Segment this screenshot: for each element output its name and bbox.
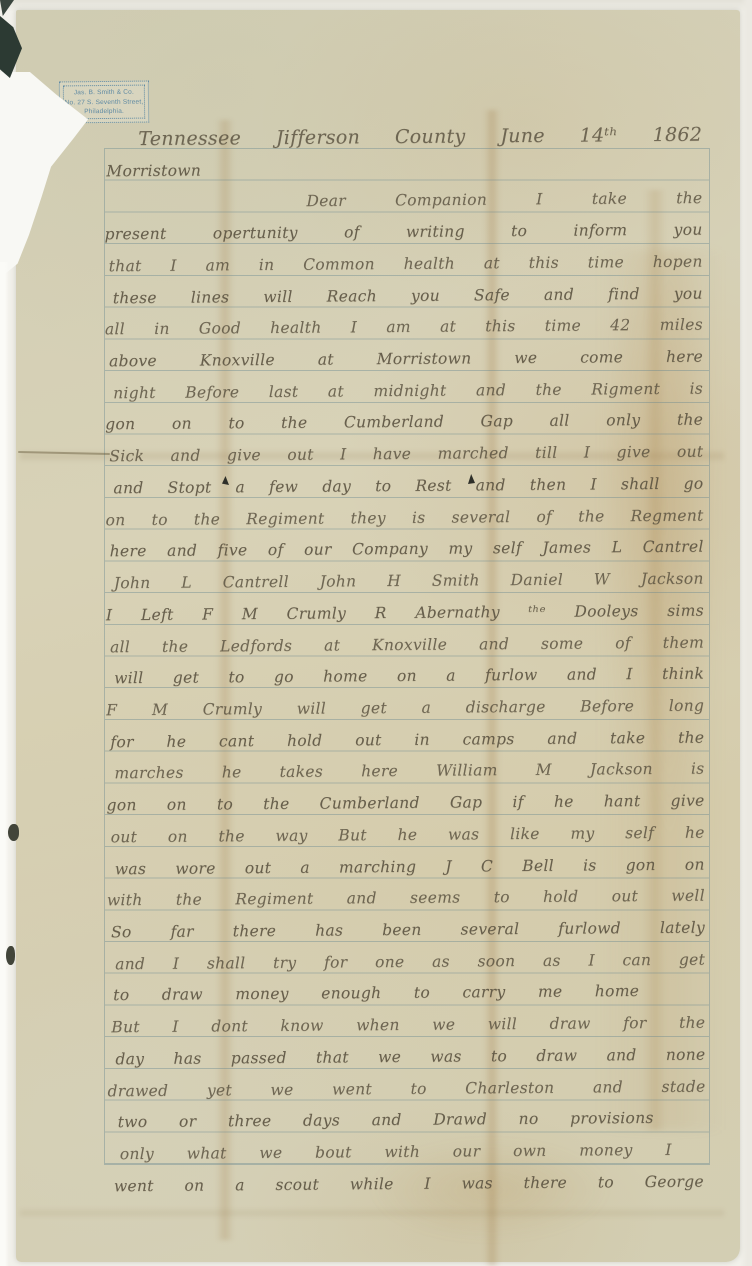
handwritten-line: Tennessee Jifferson County June 14ᵗʰ 186… xyxy=(138,121,702,153)
handwritten-line: to draw money enough to carry me home xyxy=(113,977,639,1009)
handwritten-line: drawed yet we went to Charleston and sta… xyxy=(107,1072,705,1105)
handwritten-line: all the Ledfords at Knoxville and some o… xyxy=(110,628,704,661)
handwritten-line: and Stopt a few day to Rest and then I s… xyxy=(113,469,703,502)
edge-nick-lower xyxy=(6,946,15,965)
handwritten-line: present opertunity of writing to inform … xyxy=(104,216,702,249)
scan-edge-left xyxy=(0,262,9,1266)
handwritten-line: Dear Companion I take the xyxy=(306,184,702,215)
handwritten-line: F M Crumly will get a discharge Before l… xyxy=(106,692,704,725)
handwritten-line: Morristown xyxy=(106,152,702,185)
handwritten-line: all in Good health I am at this time 42 … xyxy=(105,311,703,344)
scan-edge-right xyxy=(740,0,752,1266)
handwritten-line: So far there has been several furlowd la… xyxy=(111,914,705,947)
handwritten-line: out on the way But he was like my self h… xyxy=(111,818,705,851)
handwritten-line: and I shall try for one as soon as I can… xyxy=(115,945,705,978)
handwritten-line: Sick and give out I have marched till I … xyxy=(109,438,703,471)
handwritten-line: only what we bout with our own money I xyxy=(120,1136,672,1168)
handwritten-line: John L Cantrell John H Smith Daniel W Ja… xyxy=(114,565,704,598)
handwritten-line: night Before last at midnight and the Ri… xyxy=(113,374,703,407)
handwritten-line: two or three days and Drawd no provision… xyxy=(118,1104,654,1136)
handwritten-line: on to the Regiment they is several of th… xyxy=(105,501,703,534)
handwritten-line: day has passed that we was to draw and n… xyxy=(115,1040,705,1073)
handwritten-line: was wore out a marching J C Bell is gon … xyxy=(115,850,705,883)
handwritten-line: above Knoxville at Morristown we come he… xyxy=(109,343,703,376)
handwritten-line: gon on to the Cumberland Gap all only th… xyxy=(105,406,703,439)
handwritten-line: went on a scout while I was there to Geo… xyxy=(114,1167,704,1200)
edge-nick-upper xyxy=(8,824,19,841)
handwritten-line: these lines will Reach you Safe and find… xyxy=(113,279,703,312)
handwritten-letter-body: Tennessee Jifferson County June 14ᵗʰ 186… xyxy=(0,0,752,1266)
handwritten-line: that I am in Common health at this time … xyxy=(109,247,703,280)
handwritten-line: marches he takes here William M Jackson … xyxy=(114,755,704,788)
handwritten-line: with the Regiment and seems to hold out … xyxy=(107,882,705,915)
handwritten-line: here and five of our Company my self Jam… xyxy=(110,533,704,566)
handwritten-line: I Left F M Crumly R Abernathy ᵗʰᵉ Dooley… xyxy=(106,596,704,629)
handwritten-line: for he cant hold out in camps and take t… xyxy=(110,723,704,756)
handwritten-line: gon on to the Cumberland Gap if he hant … xyxy=(106,787,704,820)
handwritten-line: will get to go home on a furlow and I th… xyxy=(114,660,704,693)
handwritten-line: But I dont know when we will draw for th… xyxy=(111,1009,705,1042)
